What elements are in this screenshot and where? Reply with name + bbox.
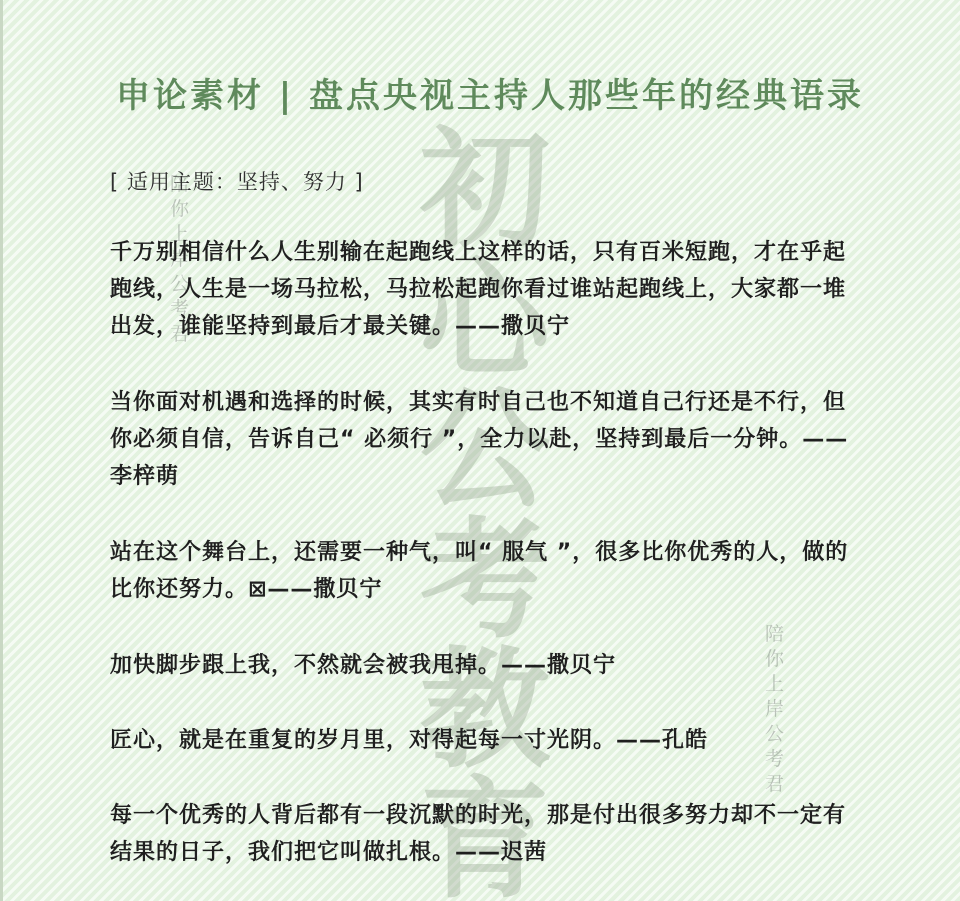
quote-paragraph: 当你面对机遇和选择的时候，其实有时自己也不知道自己行还是不行，但你必须自信，告诉… (110, 384, 860, 495)
quote-paragraph: 千万别相信什么人生别输在起跑线上这样的话，只有百米短跑，才在乎起跑线，人生是一场… (110, 234, 860, 345)
left-edge-border (0, 0, 3, 901)
page-title: 申论素材 | 盘点央视主持人那些年的经典语录 (110, 68, 870, 117)
quote-paragraph: 加快脚步跟上我，不然就会被我甩掉。——撒贝宁 (110, 647, 860, 684)
quote-paragraph: 每一个优秀的人背后都有一段沉默的时光，那是付出很多努力却不一定有结果的日子，我们… (110, 797, 860, 871)
quote-paragraph: 站在这个舞台上，还需要一种气，叫“ 服气 ”，很多比你优秀的人，做的比你还努力。… (110, 534, 860, 608)
quote-paragraph: 匠心，就是在重复的岁月里，对得起每一寸光阴。——孔皓 (110, 722, 860, 759)
watermark-char: 陪 (765, 622, 784, 647)
watermark-char: 君 (765, 772, 784, 797)
watermark-char: 你 (170, 197, 189, 222)
watermark-char: 岸 (765, 697, 784, 722)
theme-label: [ 适用主题：坚持、努力 ] (110, 166, 364, 196)
